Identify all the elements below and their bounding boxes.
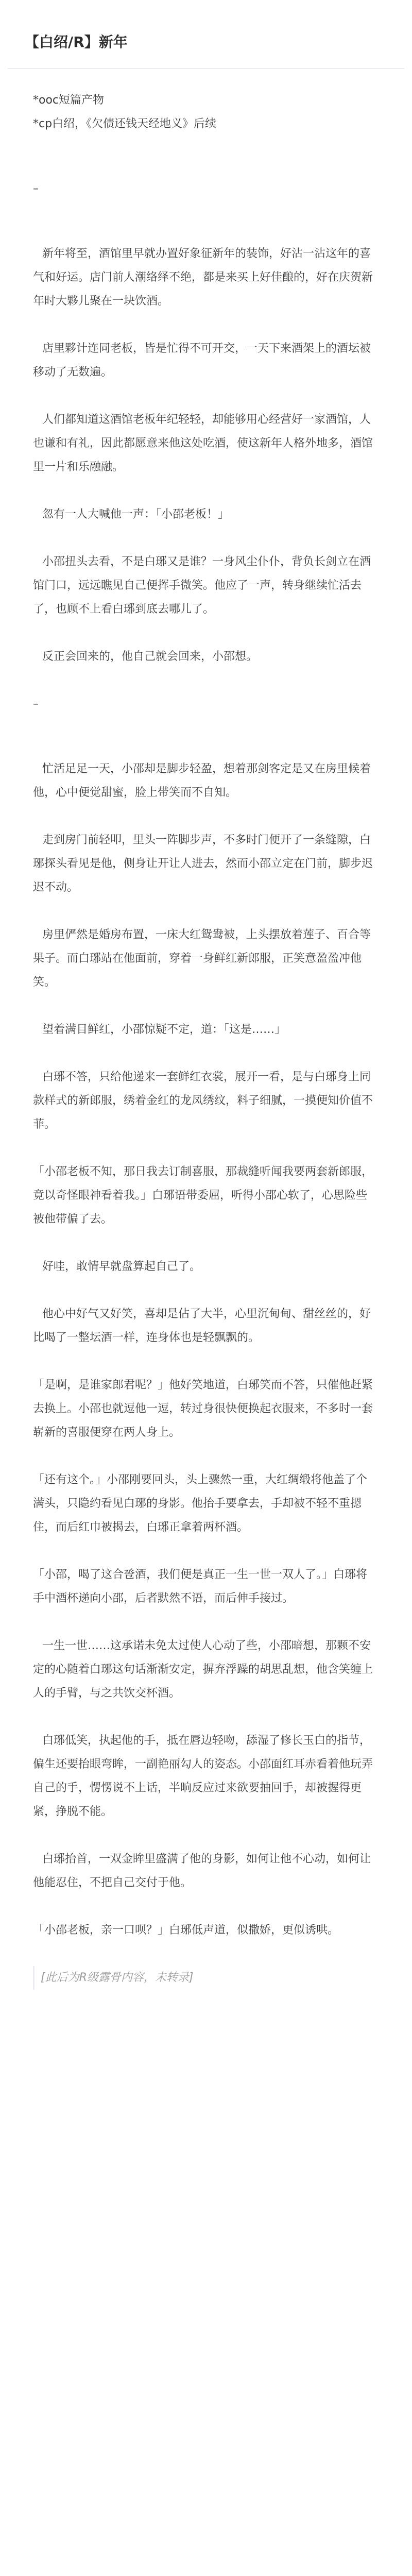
paragraph: 「还有这个。」小邵刚要回头，头上骤然一重，大红绸缎将他盖了个满头，只隐约看见白琊… — [33, 1468, 377, 1539]
section-separator: – — [33, 692, 377, 716]
omitted-content-notice: [此后为R级露骨内容，未转录] — [33, 1966, 377, 1990]
paragraph: 望着满目鲜红，小邵惊疑不定，道：「这是……」 — [33, 1018, 377, 1042]
paragraph: 小邵扭头去看，不是白琊又是谁？一身风尘仆仆，背负长剑立在酒馆门口，远远瞧见自己便… — [33, 550, 377, 621]
paragraph: 他心中好气又好笑，喜却是佔了大半，心里沉甸甸、甜丝丝的，好比喝了一整坛酒一样，连… — [33, 1302, 377, 1350]
paragraph: 「小邵老板不知，那日我去订制喜服，那裁缝听闻我要两套新郎服，竟以奇怪眼神看着我。… — [33, 1160, 377, 1231]
paragraph: 忽有一人大喊他一声：「小邵老板！」 — [33, 503, 377, 527]
paragraph: 新年将至，酒馆里早就办置好象征新年的装饰，好沾一沾这年的喜气和好运。店门前人潮络… — [33, 242, 377, 313]
paragraph: 「小邵，喝了这合卺酒，我们便是真正一生一世一双人了。」白琊将手中酒杯递向小邵，后… — [33, 1563, 377, 1611]
paragraph: 走到房门前轻叩，里头一阵脚步声，不多时门便开了一条缝隙，白琊探头看见是他，侧身让… — [33, 828, 377, 900]
article-title: 【白绍/R】新年 — [0, 0, 412, 53]
paragraph: 白琊抬首，一双金眸里盛满了他的身影，如何让他不心动，如何让他能忍住，不把自己交付… — [33, 1848, 377, 1895]
paragraph: 「小邵老板，亲一口呗？」白琊低声道，似撒娇，更似诱哄。 — [33, 1919, 377, 1942]
paragraph: 白琊不答，只给他递来一套鲜红衣裳，展开一看，是与白琊身上同款样式的新郎服，绣着金… — [33, 1065, 377, 1137]
paragraph: 反正会回来的，他自己就会回来，小邵想。 — [33, 645, 377, 669]
paragraph: 人们都知道这酒馆老板年纪轻轻，却能够用心经营好一家酒馆，人也谦和有礼，因此都愿意… — [33, 408, 377, 479]
paragraph: 房里俨然是婚房布置，一床大红鸳鸯被，上头摆放着莲子、百合等果子。而白琊站在他面前… — [33, 923, 377, 994]
paragraph: 忙活足足一天，小邵却是脚步轻盈，想着那剑客定是又在房里候着他，心中便觉甜蜜，脸上… — [33, 757, 377, 805]
paragraph: 好哇，敢情早就盘算起自己了。 — [33, 1255, 377, 1279]
paragraph: 一生一世……这承诺未免太过使人心动了些，小邵暗想，那颗不安定的心随着白琊这句话渐… — [33, 1634, 377, 1705]
tag-line: *ooc短篇产物 — [33, 89, 377, 112]
tag-line: *cp白绍，《欠债还钱天经地义》后续 — [33, 112, 377, 136]
article-body: *ooc短篇产物 *cp白绍，《欠债还钱天经地义》后续 – 新年将至，酒馆里早就… — [0, 69, 412, 2044]
paragraph: 店里夥计连同老板，皆是忙得不可开交，一天下来酒架上的酒坛被移动了无数遍。 — [33, 337, 377, 384]
paragraph: 「是啊，是谁家郎君呢？」他好笑地道，白琊笑而不答，只催他赶紧去换上。小邵也就逗他… — [33, 1374, 377, 1445]
section-separator: – — [33, 177, 377, 201]
paragraph: 白琊低笑，执起他的手，抵在唇边轻吻，舔湿了修长玉白的指节，偏生还要抬眼弯眸，一副… — [33, 1729, 377, 1824]
